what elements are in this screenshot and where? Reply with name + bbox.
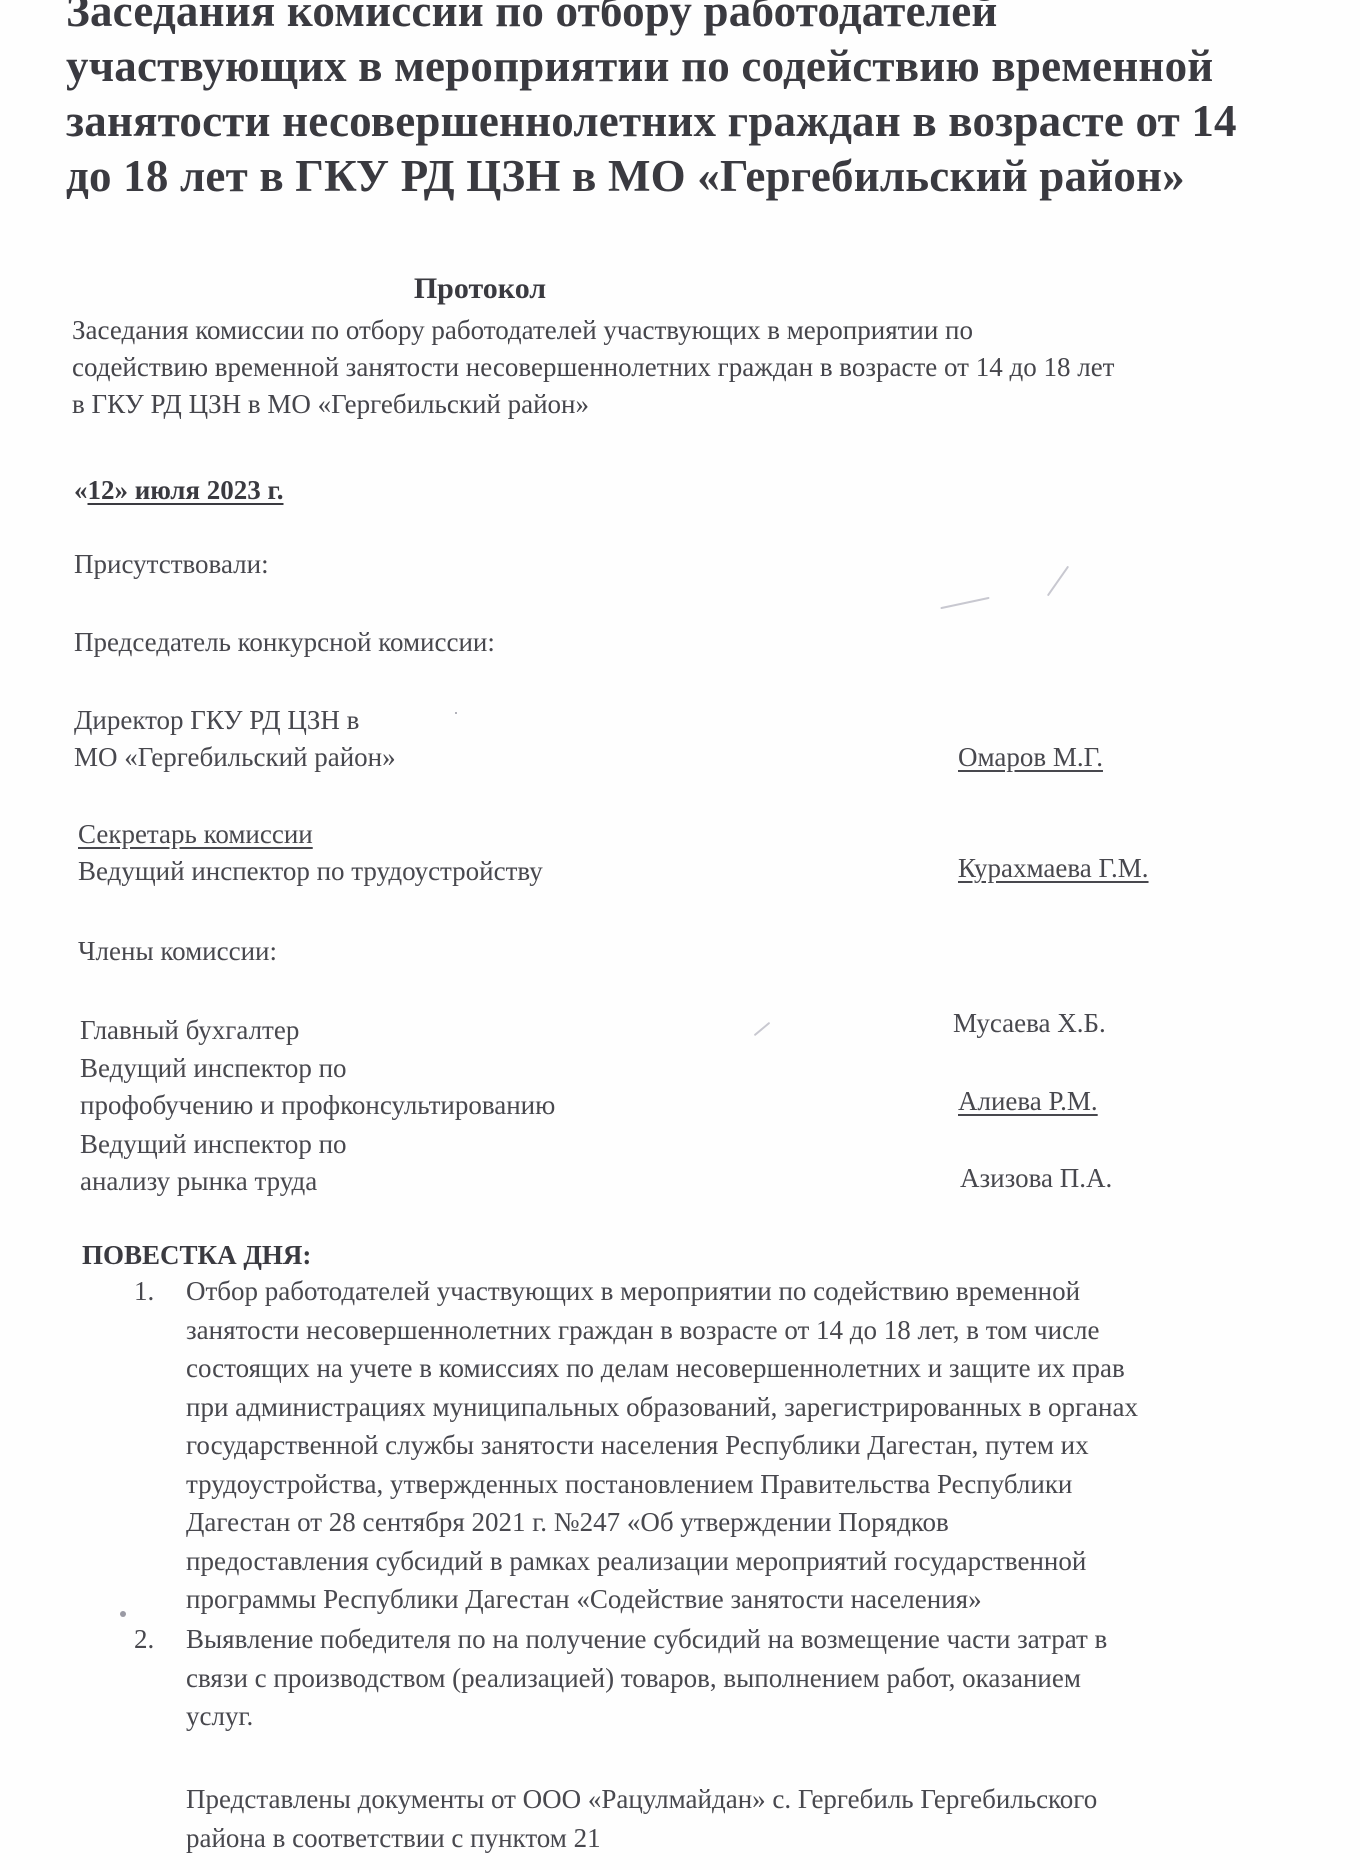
agenda-line: при администрациях муниципальных образов… xyxy=(186,1388,1138,1427)
date-value: 12» июля 2023 г. xyxy=(88,475,284,505)
member-name: Азизова П.А. xyxy=(960,1160,1112,1197)
member-position: Главный бухгалтер xyxy=(80,1012,299,1049)
member-position: Ведущий инспектор по анализу рынка труда xyxy=(80,1126,347,1200)
agenda-line: Выявление победителя по на получение суб… xyxy=(186,1620,1107,1659)
title-line: Заседания комиссии по отбору работодател… xyxy=(66,0,1360,39)
agenda-line: Дагестан от 28 сентября 2021 г. №247 «Об… xyxy=(186,1503,1138,1542)
scan-mark xyxy=(1047,566,1069,597)
agenda-line: трудоустройства, утвержденных постановле… xyxy=(186,1465,1138,1504)
member-position-line: Ведущий инспектор по xyxy=(80,1050,555,1087)
attendance-label: Присутствовали: xyxy=(74,546,269,583)
subtitle-line: в ГКУ РД ЦЗН в МО «Гергебильский район» xyxy=(72,386,1114,423)
title-line: занятости несовершеннолетних граждан в в… xyxy=(66,94,1360,149)
scan-mark xyxy=(940,597,989,609)
member-name: Мусаева Х.Б. xyxy=(953,1005,1106,1042)
chair-position-line: МО «Гергебильский район» xyxy=(74,739,396,776)
chair-name: Омаров М.Г. xyxy=(958,739,1103,776)
agenda-note-line: Представлены документы от ООО «Рацулмайд… xyxy=(186,1780,1097,1819)
date-open-quote: « xyxy=(74,475,88,505)
agenda-item-text: Выявление победителя по на получение суб… xyxy=(186,1620,1107,1736)
scanned-document-page: Заседания комиссии по отбору работодател… xyxy=(0,0,1360,1870)
title-line: участвующих в мероприятии по содействию … xyxy=(66,39,1360,94)
agenda-heading: ПОВЕСТКА ДНЯ: xyxy=(82,1240,311,1271)
members-label: Члены комиссии: xyxy=(78,933,277,970)
protocol-heading: Протокол xyxy=(0,272,960,306)
subtitle-line: Заседания комиссии по отбору работодател… xyxy=(72,312,1114,349)
member-position-line: профобучению и профконсультированию xyxy=(80,1087,555,1124)
agenda-line: связи с производством (реализацией) това… xyxy=(186,1659,1107,1698)
member-position-line: Ведущий инспектор по xyxy=(80,1126,347,1163)
agenda-note: Представлены документы от ООО «Рацулмайд… xyxy=(186,1780,1097,1857)
member-name: Алиева Р.М. xyxy=(958,1083,1098,1120)
secretary-role: Секретарь комиссии xyxy=(78,816,313,853)
agenda-line: услуг. xyxy=(186,1697,1107,1736)
agenda-item-number: 2. xyxy=(134,1620,154,1659)
subtitle-line: содействию временной занятости несоверше… xyxy=(72,349,1114,386)
agenda-line: Отбор работодателей участвующих в меропр… xyxy=(186,1272,1138,1311)
meeting-date: «12» июля 2023 г. xyxy=(74,475,284,506)
agenda-line: состоящих на учете в комиссиях по делам … xyxy=(186,1349,1138,1388)
member-position-line: анализу рынка труда xyxy=(80,1163,347,1200)
agenda-note-line: района в соответствии с пунктом 21 xyxy=(186,1819,1097,1858)
chair-label: Председатель конкурсной комиссии: xyxy=(74,624,495,661)
protocol-subtitle: Заседания комиссии по отбору работодател… xyxy=(72,312,1114,423)
document-title: Заседания комиссии по отбору работодател… xyxy=(66,0,1360,204)
agenda-item-number: 1. xyxy=(134,1272,154,1311)
agenda-line: предоставления субсидий в рамках реализа… xyxy=(186,1542,1138,1581)
scan-speck xyxy=(455,712,457,714)
title-line: до 18 лет в ГКУ РД ЦЗН в МО «Гергебильск… xyxy=(66,149,1360,204)
agenda-line: государственной службы занятости населен… xyxy=(186,1426,1138,1465)
agenda-line: программы Республики Дагестан «Содействи… xyxy=(186,1580,1138,1619)
chair-position: Директор ГКУ РД ЦЗН в МО «Гергебильский … xyxy=(74,702,396,776)
scan-mark xyxy=(754,1022,771,1036)
agenda-line: занятости несовершеннолетних граждан в в… xyxy=(186,1311,1138,1350)
member-position: Ведущий инспектор по профобучению и проф… xyxy=(80,1050,555,1124)
agenda-item-text: Отбор работодателей участвующих в меропр… xyxy=(186,1272,1138,1619)
scan-speck xyxy=(120,1611,126,1617)
chair-position-line: Директор ГКУ РД ЦЗН в xyxy=(74,702,396,739)
secretary-position: Ведущий инспектор по трудоустройству xyxy=(78,853,543,890)
secretary-name: Курахмаева Г.М. xyxy=(958,850,1149,887)
